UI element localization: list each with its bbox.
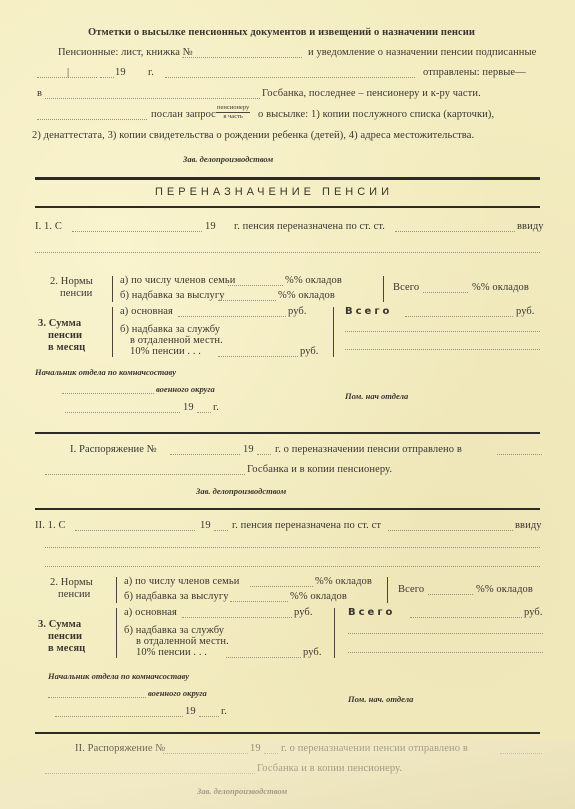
block1-order-number-field[interactable]	[170, 454, 240, 455]
divider	[35, 206, 540, 208]
block1-chief-date-field[interactable]	[65, 412, 180, 413]
block1-sum-total-line-2[interactable]	[345, 331, 540, 332]
block2-sum-total: Всего	[348, 607, 395, 618]
block1-reason-line-1[interactable]	[35, 252, 540, 253]
block2-norm-b: б) надбавка за выслугу	[124, 591, 229, 602]
block2-norms-label-2: пенсии	[58, 589, 90, 600]
divider	[35, 177, 540, 180]
divider	[35, 508, 540, 510]
block2-assistant: Пом. нач. отдела	[348, 694, 413, 704]
block1-sum-right-brace	[333, 307, 334, 357]
block1-sum-a: а) основная	[120, 306, 173, 317]
fraction-bottom: в часть	[223, 113, 243, 120]
block2-norm-b-unit: %% окладов	[290, 591, 347, 602]
block1-sum-b-field[interactable]	[218, 356, 298, 357]
block1-norm-b-unit: %% окладов	[278, 290, 335, 301]
block1-sum-label-2: пенсии	[48, 330, 82, 341]
block1-intro-label: I. 1. С	[35, 221, 62, 232]
block2-intro-year: 19	[200, 520, 211, 531]
block2-chief-year-field[interactable]	[199, 716, 219, 717]
block2-intro-text: г. пенсия переназначена по ст. ст	[232, 520, 381, 531]
block2-intro-end: ввиду	[515, 520, 542, 531]
block2-district-field[interactable]	[48, 697, 146, 698]
block1-norm-total-field[interactable]	[423, 292, 468, 293]
block1-norm-total: Всего	[393, 282, 419, 293]
header-line1-b: и уведомление о назначении пенсии подпис…	[308, 47, 536, 58]
separator: |	[67, 67, 69, 78]
fraction-top: пенсионеру	[216, 104, 250, 113]
block1-order-year: 19	[243, 444, 254, 455]
block2-chief-1: Начальник отдела по комначсоставу	[48, 671, 189, 681]
header-request: послан запрос	[151, 109, 216, 120]
block2-norm-a-field[interactable]	[250, 586, 313, 587]
header-sent: отправлены: первые—	[423, 67, 526, 78]
block1-norms-label-1: 2. Нормы	[50, 276, 93, 287]
block2-intro-label: II. 1. С	[35, 520, 66, 531]
block1-chief-year-field[interactable]	[197, 412, 211, 413]
pension-form-page: Отметки о высылке пенсионных документов …	[0, 0, 575, 809]
block1-chief-g: г.	[213, 402, 219, 413]
block2-norms-brace	[116, 577, 117, 603]
block2-norm-total-field[interactable]	[428, 594, 473, 595]
block2-sum-b-1: б) надбавка за службу	[124, 625, 224, 636]
bank-field[interactable]	[45, 98, 260, 99]
block1-sum-total-line-3[interactable]	[345, 349, 540, 350]
block1-article-field[interactable]	[395, 231, 515, 232]
recipient-fraction: пенсионеру в часть	[216, 104, 250, 121]
block2-sum-b-field[interactable]	[226, 657, 301, 658]
block1-order-sign: Зав. делопроизводством	[196, 486, 286, 496]
block1-sum-b-unit: руб.	[300, 346, 319, 357]
divider	[35, 732, 540, 734]
block1-norm-a-unit: %% окладов	[285, 275, 342, 286]
book-number-field[interactable]	[182, 57, 302, 58]
block2-norm-total: Всего	[398, 584, 424, 595]
block2-chief-year: 19	[185, 706, 196, 717]
block1-chief-2: военного округа	[156, 384, 215, 394]
block1-intro-text: г. пенсия переназначена по ст. ст.	[234, 221, 385, 232]
block2-sum-a-field[interactable]	[182, 617, 292, 618]
block1-sum-b-2: в отдаленной местн.	[130, 335, 223, 346]
block1-sum-label-1: 3. Сумма	[38, 318, 81, 329]
divider	[35, 432, 540, 434]
block1-norm-total-unit: %% окладов	[472, 282, 529, 293]
block2-norm-a: а) по числу членов семьи	[124, 576, 240, 587]
block2-sum-b-3: 10% пенсии . . .	[136, 647, 207, 658]
block2-norms-label-1: 2. Нормы	[50, 577, 93, 588]
block1-norm-a-field[interactable]	[228, 285, 283, 286]
block1-intro-end: ввиду	[517, 221, 544, 232]
block2-sum-total-line-3[interactable]	[348, 652, 543, 653]
block2-sum-right-brace	[334, 608, 335, 658]
header-signature: Зав. делопроизводством	[183, 154, 273, 164]
block2-sum-total-field[interactable]	[410, 617, 522, 618]
date-year-field[interactable]	[100, 77, 114, 78]
header-line5: 2) денаттестата, 3) копии свидетельства …	[32, 130, 474, 141]
block2-sum-label-3: в месяц	[48, 643, 85, 654]
block1-order-b: г. о переназначении пенсии отправлено в	[275, 444, 462, 455]
signed-by-field[interactable]	[165, 77, 415, 78]
block2-norm-total-unit: %% окладов	[476, 584, 533, 595]
block2-date-field[interactable]	[75, 530, 195, 531]
header-line4: о высылке: 1) копии послужного списка (к…	[258, 109, 494, 120]
block1-sum-a-field[interactable]	[178, 316, 286, 317]
block2-article-field[interactable]	[388, 530, 513, 531]
block2-sum-b-2: в отдаленной местн.	[136, 636, 229, 647]
block1-intro-year: 19	[205, 221, 216, 232]
block2-sum-a: а) основная	[124, 607, 177, 618]
block1-sum-total-unit: руб.	[516, 306, 535, 317]
block2-sum-label-2: пенсии	[48, 631, 82, 642]
header-title: Отметки о высылке пенсионных документов …	[88, 27, 475, 38]
block1-sum-a-unit: руб.	[288, 306, 307, 317]
header-v: в	[37, 88, 42, 99]
block1-norm-b-field[interactable]	[218, 300, 276, 301]
block2-sum-a-unit: руб.	[294, 607, 313, 618]
block1-date-field[interactable]	[72, 231, 202, 232]
block1-sum-label-3: в месяц	[48, 342, 85, 353]
block1-sum-b-3: 10% пенсии . . .	[130, 346, 201, 357]
block1-sum-b-1: б) надбавка за службу	[120, 324, 220, 335]
block1-order-c: Госбанка и в копии пенсионеру.	[247, 464, 392, 475]
block2-norms-right-brace	[387, 577, 388, 603]
header-g: г.	[148, 67, 154, 78]
block2-norm-b-field[interactable]	[230, 601, 288, 602]
block1-order-year-field[interactable]	[257, 454, 271, 455]
block2-chief-2: военного округа	[148, 688, 207, 698]
block1-sum-brace	[112, 307, 113, 357]
block2-reason-line-2[interactable]	[45, 566, 540, 567]
block2-reason-line-1[interactable]	[45, 547, 540, 548]
block1-sum-total-field[interactable]	[405, 316, 513, 317]
block1-chief-1: Начальник отдела по комначсоставу	[35, 367, 176, 377]
paper-fold-shading	[0, 740, 575, 809]
block1-norm-a: а) по числу членов семьи	[120, 275, 236, 286]
request-date-field[interactable]	[37, 119, 147, 120]
block2-sum-b-unit: руб.	[303, 647, 322, 658]
block2-chief-date-field[interactable]	[55, 716, 183, 717]
header-line1-a: Пенсионные: лист, книжка №	[58, 47, 193, 58]
block2-year-field[interactable]	[214, 530, 228, 531]
block2-sum-total-unit: руб.	[524, 607, 543, 618]
block1-chief-year: 19	[183, 402, 194, 413]
block1-order-dest-field[interactable]	[497, 454, 542, 455]
block2-sum-brace	[116, 608, 117, 658]
block1-norms-brace	[112, 276, 113, 302]
block1-order-a: I. Распоряжение №	[70, 444, 157, 455]
block2-chief-g: г.	[221, 706, 227, 717]
block2-sum-total-line-2[interactable]	[348, 633, 543, 634]
section-title: ПЕРЕНАЗНАЧЕНИЕ ПЕНСИИ	[155, 186, 393, 198]
block1-norms-label-2: пенсии	[60, 288, 92, 299]
block1-district-field[interactable]	[62, 393, 154, 394]
block1-norm-b: б) надбавка за выслугу	[120, 290, 225, 301]
block1-norms-right-brace	[383, 276, 384, 302]
header-year: 19	[115, 67, 126, 78]
block1-order-bank-field[interactable]	[45, 474, 245, 475]
header-line3: Госбанка, последнее – пенсионеру и к-ру …	[262, 88, 481, 99]
block2-sum-label-1: 3. Сумма	[38, 619, 81, 630]
block1-assistant: Пом. нач отдела	[345, 391, 408, 401]
block2-norm-a-unit: %% окладов	[315, 576, 372, 587]
block1-sum-total: Всего	[345, 306, 392, 317]
